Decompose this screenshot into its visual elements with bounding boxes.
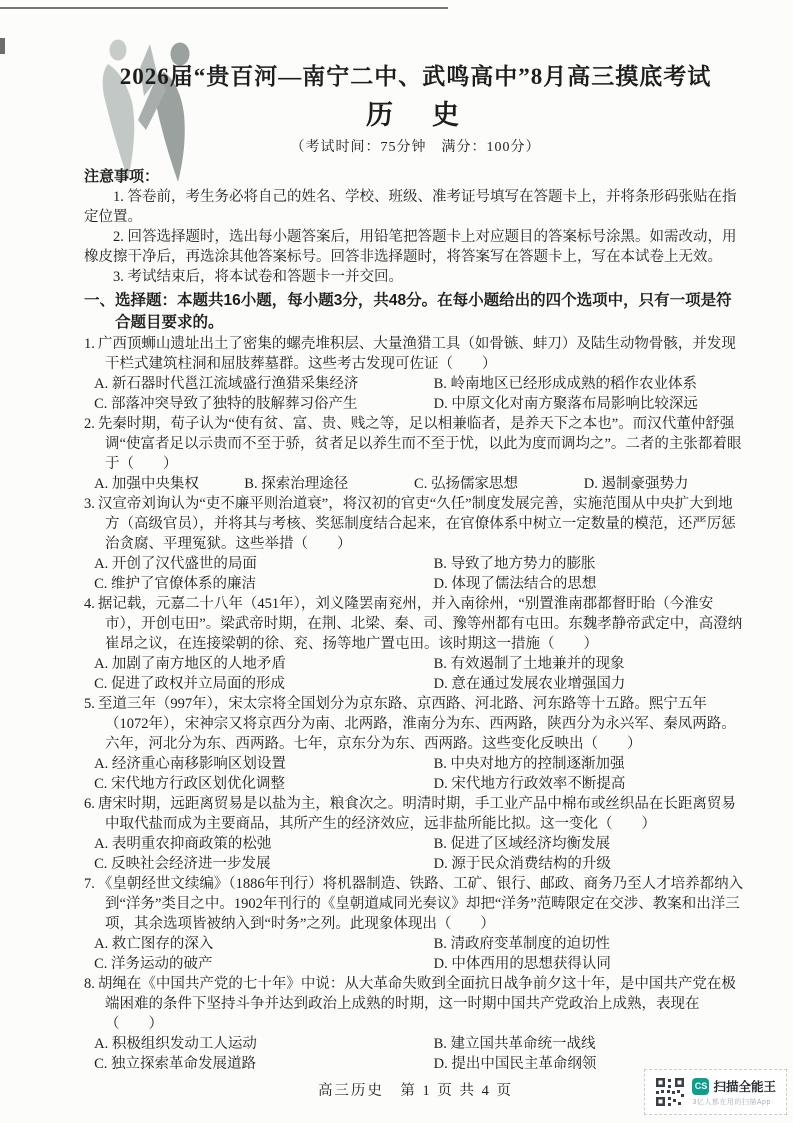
question-text: 广西顶蛳山遗址出土了密集的螺壳堆积层、大量渔猎工具（如骨镞、蚌刀）及陆生动物骨骸… xyxy=(98,336,736,372)
question-number: 5. xyxy=(84,696,95,712)
question-4: 4.据记载，元嘉二十八年（451年），刘义隆罢南兖州，并入南徐州，“别置淮南郡都… xyxy=(84,594,747,694)
option-c: C. 弘扬儒家思想 xyxy=(414,474,584,494)
question-text: 汉宣帝刘询认为“吏不廉平则治道衰”，将汉初的官吏“久任”制度发展完善，实施范围从… xyxy=(98,496,736,552)
option-c: C. 维护了官僚体系的廉洁 xyxy=(94,574,433,594)
question-text: 唐宋时期，远距离贸易是以盐为主，粮食次之。明清时期，手工业产品中棉布或丝织品在长… xyxy=(98,796,736,832)
question-text: 胡绳在《中国共产党的七十年》中说：从大革命失败到全面抗日战争前夕这十年，是中国共… xyxy=(98,976,736,1032)
option-b: B. 清政府变革制度的迫切性 xyxy=(434,934,747,954)
notices-section: 注意事项： 1. 答卷前，考生务必将自己的姓名、学校、班级、准考证号填写在答题卡… xyxy=(84,166,747,287)
notices-heading: 注意事项： xyxy=(84,166,747,187)
option-d: D. 体现了儒法结合的思想 xyxy=(434,574,747,594)
question-7: 7.《皇朝经世文续编》（1886年刊行）将机器制造、铁路、工矿、银行、邮政、商务… xyxy=(84,874,747,974)
option-a: A. 开创了汉代盛世的局面 xyxy=(94,554,433,574)
notice-item-1: 1. 答卷前，考生务必将自己的姓名、学校、班级、准考证号填写在答题卡上，并将条形… xyxy=(84,187,747,227)
question-3: 3.汉宣帝刘询认为“吏不廉平则治道衰”，将汉初的官吏“久任”制度发展完善，实施范… xyxy=(84,494,747,594)
option-d: D. 中体西用的思想获得认同 xyxy=(434,954,747,974)
question-options: A. 经济重心南移影响区划设置 B. 中央对地方的控制逐渐加强 C. 宋代地方行… xyxy=(84,754,747,794)
question-number: 7. xyxy=(84,876,95,892)
option-b: B. 中央对地方的控制逐渐加强 xyxy=(434,754,747,774)
question-2: 2.先秦时期，荀子认为“使有贫、富、贵、贱之等，足以相兼临者，是养天下之本也”。… xyxy=(84,414,747,494)
question-number: 6. xyxy=(84,796,95,812)
question-stem: 7.《皇朝经世文续编》（1886年刊行）将机器制造、铁路、工矿、银行、邮政、商务… xyxy=(84,874,747,934)
section-heading-choice: 一、选择题：本题共16小题，每小题3分，共48分。在每小题给出的四个选项中，只有… xyxy=(84,290,747,334)
question-text: 至道三年（997年），宋太宗将全国划分为京东路、京西路、河北路、河东路等十五路。… xyxy=(98,696,736,752)
option-d: D. 宋代地方行政效率不断提高 xyxy=(434,774,747,794)
camscanner-text-block: CS 扫描全能王 3亿人都在用的扫描App xyxy=(692,1077,776,1107)
exam-page: 2026届“贵百河—南宁二中、武鸣高中”8月高三摸底考试 历 史 （考试时间：7… xyxy=(0,0,793,1123)
exam-info: （考试时间：75分钟 满分：100分） xyxy=(84,138,747,158)
option-a: A. 积极组织发动工人运动 xyxy=(94,1034,433,1054)
question-number: 2. xyxy=(84,416,95,432)
question-1: 1.广西顶蛳山遗址出土了密集的螺壳堆积层、大量渔猎工具（如骨镞、蚌刀）及陆生动物… xyxy=(84,334,747,414)
question-options: A. 加剧了南方地区的人地矛盾 B. 有效遏制了土地兼并的现象 C. 促进了政权… xyxy=(84,654,747,694)
question-6: 6.唐宋时期，远距离贸易是以盐为主，粮食次之。明清时期，手工业产品中棉布或丝织品… xyxy=(84,794,747,874)
option-c: C. 部落冲突导致了独特的肢解葬习俗产生 xyxy=(94,394,433,414)
option-b: B. 有效遏制了土地兼并的现象 xyxy=(434,654,747,674)
question-options: A. 救亡图存的深入 B. 清政府变革制度的迫切性 C. 洋务运动的破产 D. … xyxy=(84,934,747,974)
option-c: C. 反映社会经济进一步发展 xyxy=(94,854,433,874)
option-a: A. 表明重农抑商政策的松弛 xyxy=(94,834,433,854)
question-options: A. 开创了汉代盛世的局面 B. 导致了地方势力的膨胀 C. 维护了官僚体系的廉… xyxy=(84,554,747,594)
subject-title: 历 史 xyxy=(84,98,747,132)
question-text: 据记载，元嘉二十八年（451年），刘义隆罢南兖州，并入南徐州，“别置淮南郡都督盱… xyxy=(98,596,742,652)
page-content: 2026届“贵百河—南宁二中、武鸣高中”8月高三摸底考试 历 史 （考试时间：7… xyxy=(84,34,747,1102)
option-b: B. 建立国共革命统一战线 xyxy=(434,1034,747,1054)
question-stem: 1.广西顶蛳山遗址出土了密集的螺壳堆积层、大量渔猎工具（如骨镞、蚌刀）及陆生动物… xyxy=(84,334,747,374)
option-a: A. 加剧了南方地区的人地矛盾 xyxy=(94,654,433,674)
option-c: C. 促进了政权并立局面的形成 xyxy=(94,674,433,694)
option-c: C. 洋务运动的破产 xyxy=(94,954,433,974)
camscanner-tagline: 3亿人都在用的扫描App xyxy=(692,1097,776,1107)
option-a: A. 加强中央集权 xyxy=(94,474,244,494)
question-options: A. 加强中央集权 B. 探索治理途径 C. 弘扬儒家思想 D. 遏制豪强势力 xyxy=(84,474,747,494)
question-stem: 8.胡绳在《中国共产党的七十年》中说：从大革命失败到全面抗日战争前夕这十年，是中… xyxy=(84,974,747,1034)
question-options: A. 积极组织发动工人运动 B. 建立国共革命统一战线 C. 独立探索革命发展道… xyxy=(84,1034,747,1074)
camscanner-app-icon: CS xyxy=(692,1078,709,1095)
exam-title: 2026届“贵百河—南宁二中、武鸣高中”8月高三摸底考试 xyxy=(84,62,747,92)
question-text: 《皇朝经世文续编》（1886年刊行）将机器制造、铁路、工矿、银行、邮政、商务乃至… xyxy=(98,876,743,932)
option-d: D. 遏制豪强势力 xyxy=(584,474,747,494)
option-a: A. 救亡图存的深入 xyxy=(94,934,433,954)
camscanner-watermark: CS 扫描全能王 3亿人都在用的扫描App xyxy=(644,1069,787,1115)
option-c: C. 宋代地方行政区划优化调整 xyxy=(94,774,433,794)
option-a: A. 新石器时代邕江流域盛行渔猎采集经济 xyxy=(94,374,433,394)
option-a: A. 经济重心南移影响区划设置 xyxy=(94,754,433,774)
question-stem: 2.先秦时期，荀子认为“使有贫、富、贵、贱之等，足以相兼临者，是养天下之本也”。… xyxy=(84,414,747,474)
question-8: 8.胡绳在《中国共产党的七十年》中说：从大革命失败到全面抗日战争前夕这十年，是中… xyxy=(84,974,747,1074)
option-d: D. 源于民众消费结构的升级 xyxy=(434,854,747,874)
notice-item-3: 3. 考试结束后，将本试卷和答题卡一并交回。 xyxy=(84,267,747,287)
question-stem: 6.唐宋时期，远距离贸易是以盐为主，粮食次之。明清时期，手工业产品中棉布或丝织品… xyxy=(84,794,747,834)
option-d: D. 意在通过发展农业增强国力 xyxy=(434,674,747,694)
question-number: 3. xyxy=(84,496,95,512)
exam-header: 2026届“贵百河—南宁二中、武鸣高中”8月高三摸底考试 历 史 （考试时间：7… xyxy=(84,62,747,158)
question-stem: 3.汉宣帝刘询认为“吏不廉平则治道衰”，将汉初的官吏“久任”制度发展完善，实施范… xyxy=(84,494,747,554)
option-b: B. 岭南地区已经形成成熟的稻作农业体系 xyxy=(434,374,747,394)
question-stem: 4.据记载，元嘉二十八年（451年），刘义隆罢南兖州，并入南徐州，“别置淮南郡都… xyxy=(84,594,747,654)
question-text: 先秦时期，荀子认为“使有贫、富、贵、贱之等，足以相兼临者，是养天下之本也”。而汉… xyxy=(98,416,742,472)
question-5: 5.至道三年（997年），宋太宗将全国划分为京东路、京西路、河北路、河东路等十五… xyxy=(84,694,747,794)
question-stem: 5.至道三年（997年），宋太宗将全国划分为京东路、京西路、河北路、河东路等十五… xyxy=(84,694,747,754)
camscanner-app-name: 扫描全能王 xyxy=(713,1077,776,1095)
question-options: A. 新石器时代邕江流域盛行渔猎采集经济 B. 岭南地区已经形成成熟的稻作农业体… xyxy=(84,374,747,414)
option-b: B. 促进了区域经济均衡发展 xyxy=(434,834,747,854)
option-b: B. 导致了地方势力的膨胀 xyxy=(434,554,747,574)
option-b: B. 探索治理途径 xyxy=(244,474,414,494)
question-number: 8. xyxy=(84,976,95,992)
scan-artifact-top-line xyxy=(0,7,448,9)
question-options: A. 表明重农抑商政策的松弛 B. 促进了区域经济均衡发展 C. 反映社会经济进… xyxy=(84,834,747,874)
question-number: 1. xyxy=(84,336,95,352)
scan-artifact-left-mark xyxy=(0,38,5,54)
notice-item-2: 2. 回答选择题时，选出每小题答案后，用铅笔把答题卡上对应题目的答案标号涂黑。如… xyxy=(84,227,747,267)
question-number: 4. xyxy=(84,596,95,612)
option-d: D. 中原文化对南方聚落布局影响比较深远 xyxy=(434,394,747,414)
qr-code-icon xyxy=(655,1077,685,1107)
option-c: C. 独立探索革命发展道路 xyxy=(94,1054,433,1074)
